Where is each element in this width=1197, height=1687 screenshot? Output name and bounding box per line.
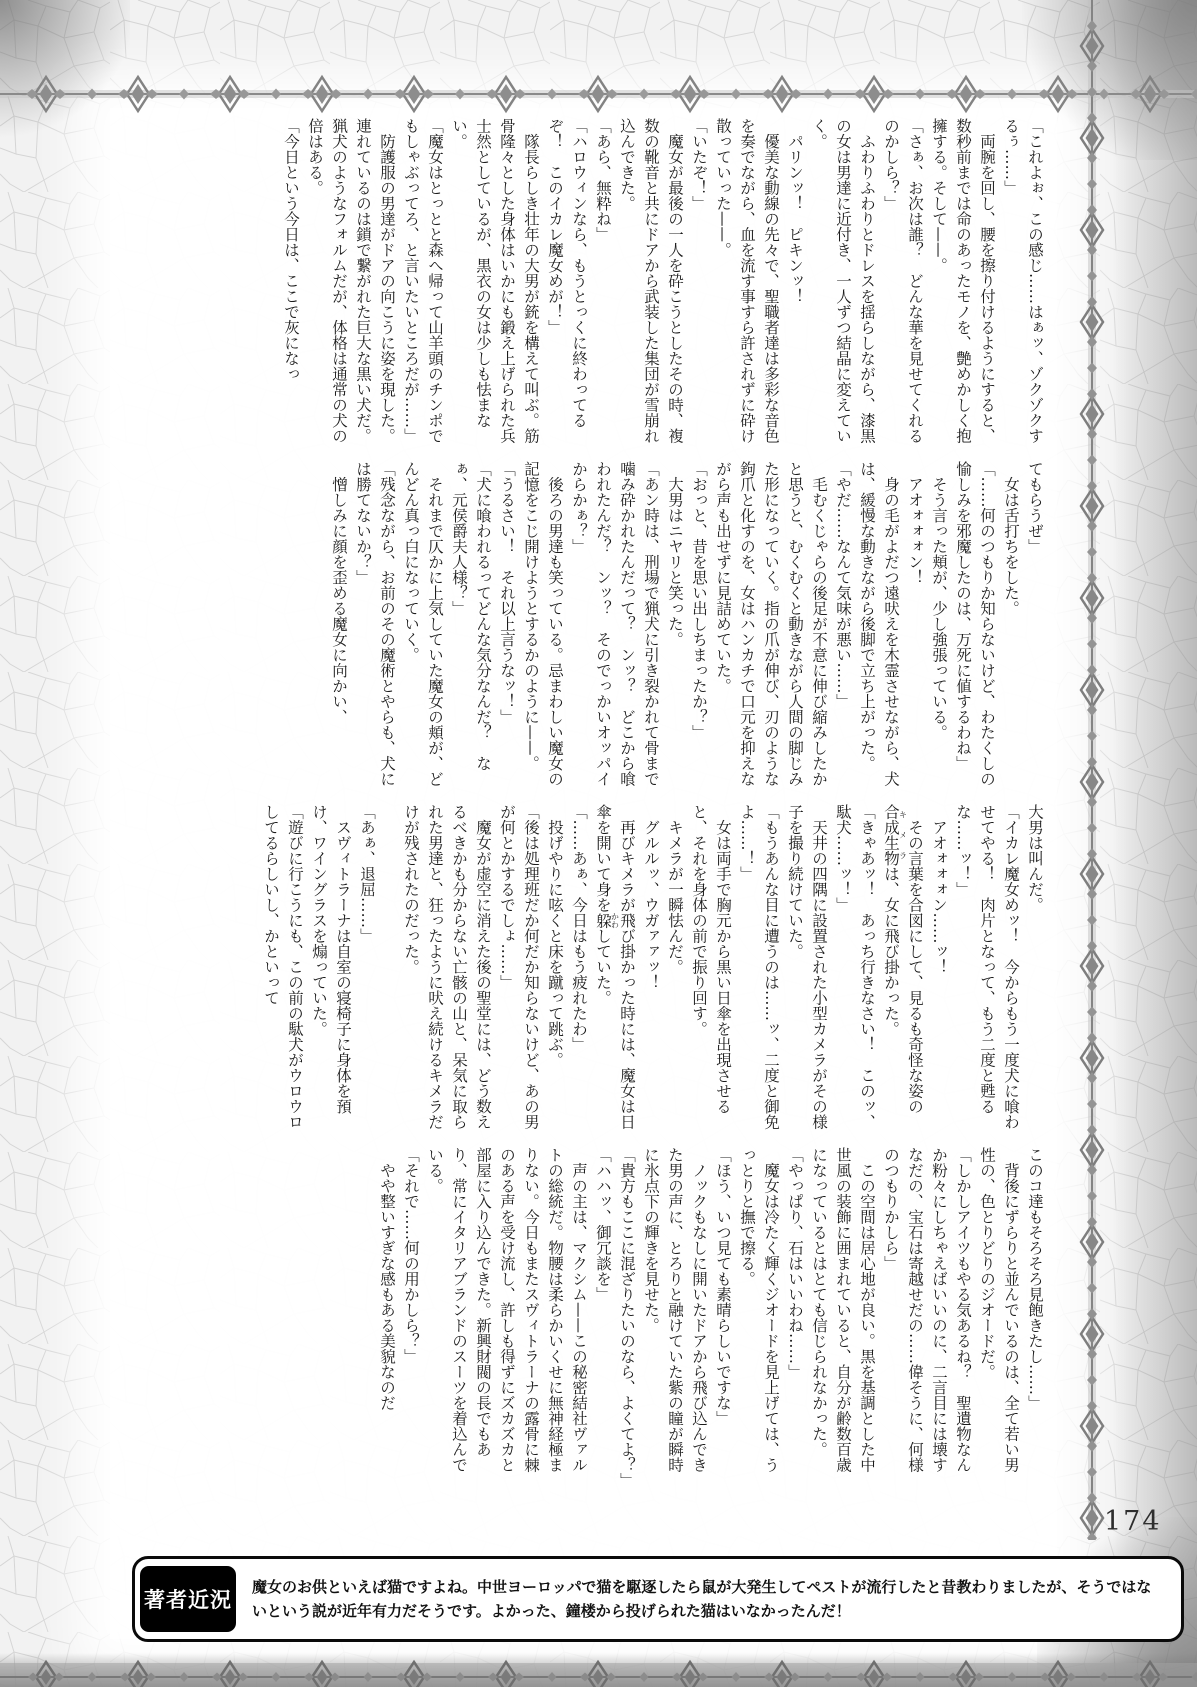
paragraph: 隊長らしき壮年の大男が銃を構えて叫ぶ。筋骨隆々とした身体はいかにも鍛え上げられた… (447, 118, 543, 458)
paragraph: 「魔女はとっとと森へ帰って山羊頭のチンポでもしゃぶってろ、と言いたいところだが…… (399, 118, 447, 458)
paragraph: 「もうあんな目に遭うのは……ッ、二度と御免よ……！」 (735, 804, 783, 1144)
paragraph: スヴィトラーナは自室の寝椅子に身体を預け、ワイングラスを煽っていた。 (307, 804, 355, 1144)
text-block-4: このコ達もそろそろ見飽きたし……」 背後にずらりと並んでいるのは、全て若い男性の… (375, 1147, 1047, 1487)
paragraph: グルルッ、ウガァァッ！ (639, 804, 663, 1144)
paragraph: そう言った頬が、少し強張っている。 (927, 461, 951, 801)
paragraph: 「イカレ魔女めッ！ 今からもう一度犬に喰わせてやる！ 肉片となって、もう二度と甦… (951, 804, 1023, 1144)
paragraph: この空間は居心地が良い。黒を基調とした中世風の装飾に囲まれていると、自分が齢数百… (807, 1147, 879, 1487)
paragraph: 「うるさい！ それ以上言うなッ！」 (495, 461, 519, 801)
paragraph: このコ達もそろそろ見飽きたし……」 (1023, 1147, 1047, 1487)
paragraph: 「いたぞ！」 (687, 118, 711, 458)
paragraph: 「あン時は、刑場で猟犬に引き裂かれて骨まで噛み砕かれたんだって？ ンッ？ どこか… (567, 461, 663, 801)
paragraph: 「さぁ、お次は誰？ どんな華を見せてくれるのかしら？」 (879, 118, 927, 458)
paragraph: 「ハロウィンなら、もうとっくに終わってるぞ！ このイカレ魔女めが！」 (543, 118, 591, 458)
paragraph: 投げやりに呟くと床を蹴って跳ぶ。 (543, 804, 567, 1144)
paragraph: 「ほう、いつ見ても素晴らしいですな」 (711, 1147, 735, 1487)
paragraph: 毛むくじゃらの後足が不意に伸び縮みしたかと思うと、むくむくと動きながら人間の脚じ… (711, 461, 831, 801)
text-block-1: 「これよぉ、この感じ……はぁッ、ゾクゾクするぅ……」 両腕を回し、腰を擦り付ける… (279, 118, 1047, 458)
paragraph: 「ハハッ、御冗談を」 (591, 1147, 615, 1487)
paragraph: 再びキメラが飛び掛かった時には、魔女は日傘を開いて身を躱かわしていた。 (591, 804, 639, 1144)
text-block-3: 大男は叫んだ。「イカレ魔女めッ！ 今からもう一度犬に喰わせてやる！ 肉片となって… (259, 804, 1047, 1144)
paragraph: 天井の四隅に設置された小型カメラがその様子を撮り続けていた。 (783, 804, 831, 1144)
paragraph: てもらうぜ」 (1023, 461, 1047, 801)
paragraph: 大男はニヤリと笑った。 (663, 461, 687, 801)
paragraph: 「きゃあッ！ あっち行きなさい！ このッ、駄犬……ッ！」 (831, 804, 879, 1144)
paragraph: 大男は叫んだ。 (1023, 804, 1047, 1144)
text-block-2: てもらうぜ」 女は舌打ちをした。「……何のつもりか知らないけど、わたくしの愉しみ… (327, 461, 1047, 801)
paragraph: その言葉を合図にして、見るも奇怪な姿の合成生物キメラは、女に飛び掛かった。 (879, 804, 927, 1144)
scene-break (379, 804, 399, 1144)
paragraph: 女は舌打ちをした。 (999, 461, 1023, 801)
paragraph: 「今日という今日は、ここで灰になっ (279, 118, 303, 458)
paragraph: 魔女が最後の一人を砕こうとしたその時、複数の靴音と共にドアから武装した集団が雪崩… (615, 118, 687, 458)
book-page: 「これよぉ、この感じ……はぁッ、ゾクゾクするぅ……」 両腕を回し、腰を擦り付ける… (0, 0, 1197, 1687)
paragraph: 憎しみに顔を歪める魔女に向かい、 (327, 461, 351, 801)
paragraph: 「やっぱり、石はいいわね……」 (783, 1147, 807, 1487)
paragraph: 身の毛がよだつ遠吠えを木霊させながら、犬は、緩慢な動きながら後脚で立ち上がった。 (855, 461, 903, 801)
paragraph: 防護服の男達がドアの向こうに姿を現した。連れているのは鎖で繋がれた巨大な黒い犬だ… (303, 118, 399, 458)
paragraph: 魔女が虚空に消えた後の聖堂には、どう数えるべきかも分からない亡骸の山と、呆気に取… (399, 804, 495, 1144)
paragraph: ふわりふわりとドレスを揺らしながら、漆黒の女は男達に近付き、一人ずつ結晶に変えて… (807, 118, 879, 458)
paragraph: 「……あぁ、今日はもう疲れたわ」 (567, 804, 591, 1144)
paragraph: 「これよぉ、この感じ……はぁッ、ゾクゾクするぅ……」 (999, 118, 1047, 458)
paragraph: キメラが一瞬怯んだ。 (663, 804, 687, 1144)
paragraph: パリンッ！ ピキンッ！ (783, 118, 807, 458)
paragraph: 「貴方もここに混ざりたいのなら、よくてよ？」 (615, 1147, 639, 1487)
paragraph: 両腕を回し、腰を擦り付けるようにすると、数秒前までは命のあったモノを、艶めかしく… (927, 118, 999, 458)
paragraph: それまで仄かに上気していた魔女の頬が、どんどん真っ白になっていく。 (399, 461, 447, 801)
paragraph: 「しかしアイツもやる気あるね？ 聖遺物なんか粉々にしちゃえばいいのに、二言目には… (879, 1147, 975, 1487)
author-news-text: 魔女のお供といえば猫ですよね。中世ヨーロッパで猫を駆逐したら鼠が大発生してペスト… (242, 1575, 1181, 1624)
bottom-ornament-border (0, 1647, 1197, 1687)
paragraph: 「おっと、昔を思い出しちまったか？」 (687, 461, 711, 801)
paragraph: やや整いすぎな感もある美貌なのだ (375, 1147, 399, 1487)
paragraph: 「あぁ、退屈……」 (355, 804, 379, 1144)
page-number: 174 (1104, 1506, 1162, 1537)
paragraph: 「……何のつもりか知らないけど、わたくしの愉しみを邪魔したのは、万死に値するわね… (951, 461, 999, 801)
paragraph: 「やだ……なんて気味が悪い……」 (831, 461, 855, 801)
paragraph: 「後は処理班だか何だか知らないけど、あの男が何とかするでしょ……」 (495, 804, 543, 1144)
paragraph: 優美な動線の先々で、聖職者達は多彩な音色を奏でながら、血を流す事すら許されずに砕… (711, 118, 783, 458)
paragraph: アオォォォン……ッ！ (927, 804, 951, 1144)
paragraph: 「残念ながら、お前のその魔術とやらも、犬には勝てないか？」 (351, 461, 399, 801)
paragraph: 魔女は冷たく輝くジオードを見上げては、うっとりと撫で擦る。 (735, 1147, 783, 1487)
paragraph: 「遊びに行こうにも、この前の駄犬がウロウロしてるらしいし、かといって (259, 804, 307, 1144)
paragraph: 女は両手で胸元から黒い日傘を出現させると、それを身体の前で振り回す。 (687, 804, 735, 1144)
top-ornament-border (0, 72, 1197, 116)
paragraph: 「それで……何の用かしら？」 (399, 1147, 423, 1487)
author-news-label: 著者近況 (140, 1566, 236, 1632)
paragraph: アオォォォン！ (903, 461, 927, 801)
paragraph: 後ろの男達も笑っている。忌まわしい魔女の記憶をこじ開けようとするかのように——。 (519, 461, 567, 801)
right-ornament-border (1062, 0, 1122, 1540)
author-news-footer: 著者近況 魔女のお供といえば猫ですよね。中世ヨーロッパで猫を駆逐したら鼠が大発生… (132, 1556, 1184, 1642)
paragraph: 背後にずらりと並んでいるのは、全て若い男性の、色とりどりのジオードだ。 (975, 1147, 1023, 1487)
paragraph: 「あら、無粋ね」 (591, 118, 615, 458)
paragraph: 「犬に喰われるってどんな気分なんだ？ なぁ、元侯爵夫人様？」 (447, 461, 495, 801)
paragraph: ノックもなしに開いたドアから飛び込んできた男の声に、とろりと融けていた紫の瞳が瞬… (639, 1147, 711, 1487)
paragraph: 声の主は、マクシム——この秘密結社ヴァルトの総統だ。物腰は柔らかいくせに無神経極… (423, 1147, 591, 1487)
